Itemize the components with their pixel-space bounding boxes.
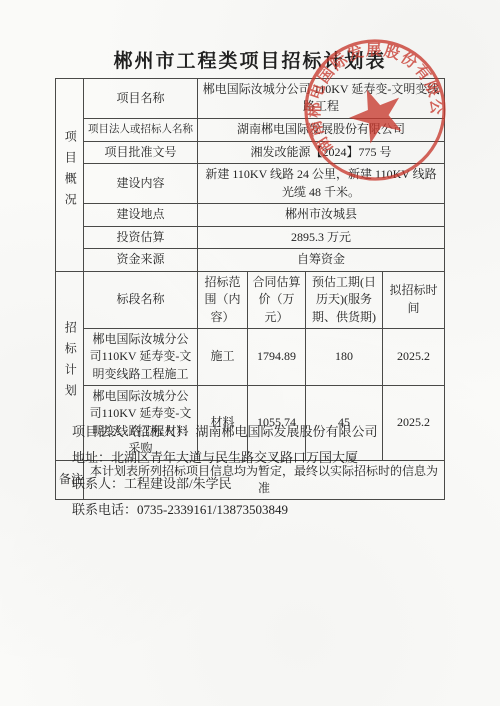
plan-header-scope: 招标范围（内容） [198,271,248,328]
plan-cell-segment-name: 郴电国际汝城分公司110KV 延寿变-文明变线路工程施工 [84,328,198,385]
plan-header-contract-price: 合同估算价（万元） [248,271,306,328]
row-label-investment-estimate: 投资估算 [84,226,198,248]
overview-row: 项目概况 项目名称 郴电国际汝城分公司 110KV 延寿变-文明变线路工程 [56,79,445,119]
row-value-construction-content: 新建 110KV 线路 24 公里，新建 110KV 线路光缆 48 千米。 [198,164,445,204]
section-label-overview: 项目概况 [56,79,84,272]
row-value-approval-number: 湘发改能源【2024】775 号 [198,141,445,163]
overview-row: 资金来源 自筹资金 [56,249,445,271]
plan-cell-scope: 施工 [198,328,248,385]
row-label-legal-entity: 项目法人或招标人名称 [84,118,198,141]
overview-row: 建设地点 郴州市汝城县 [56,203,445,226]
section-label-plan-text: 招标计划 [61,321,78,405]
document-title: 郴州市工程类项目招标计划表 [0,46,500,73]
footer-line-address: 地址：北湖区青年大道与民生路交叉路口万国大厦 [72,450,472,465]
plan-header-row: 招标计划 标段名称 招标范围（内容） 合同估算价（万元） 预估工期(日历天)(服… [56,271,445,328]
row-label-funding-source: 资金来源 [84,249,198,271]
footer-line-contact-phone: 联系电话：0735-2339161/13873503849 [72,502,472,517]
row-label-construction-content: 建设内容 [84,164,198,204]
overview-row: 项目批准文号 湘发改能源【2024】775 号 [56,141,445,163]
footer-contact-block: 项目法人（招标人）：湖南郴电国际发展股份有限公司 地址：北湖区青年大道与民生路交… [72,424,472,528]
row-value-investment-estimate: 2895.3 万元 [198,226,445,248]
plan-cell-bid-time: 2025.2 [383,328,445,385]
plan-data-row: 郴电国际汝城分公司110KV 延寿变-文明变线路工程施工 施工 1794.89 … [56,328,445,385]
plan-header-bid-time: 拟招标时间 [383,271,445,328]
row-value-legal-entity: 湖南郴电国际发展股份有限公司 [198,118,445,141]
plan-cell-duration: 180 [306,328,383,385]
row-value-project-name: 郴电国际汝城分公司 110KV 延寿变-文明变线路工程 [198,79,445,119]
footer-line-legal-entity: 项目法人（招标人）：湖南郴电国际发展股份有限公司 [72,424,472,439]
overview-row: 建设内容 新建 110KV 线路 24 公里，新建 110KV 线路光缆 48 … [56,164,445,204]
overview-row: 投资估算 2895.3 万元 [56,226,445,248]
row-label-approval-number: 项目批准文号 [84,141,198,163]
row-value-location: 郴州市汝城县 [198,203,445,226]
plan-header-segment-name: 标段名称 [84,271,198,328]
plan-cell-contract-price: 1794.89 [248,328,306,385]
footer-line-contact-person: 联系人：工程建设部/朱学民 [72,476,472,491]
row-label-project-name: 项目名称 [84,79,198,119]
plan-header-duration: 预估工期(日历天)(服务期、供货期) [306,271,383,328]
section-label-overview-text: 项目概况 [61,130,78,214]
scanned-document-page: 郴州市工程类项目招标计划表 项目概况 项目名称 郴电国际汝城分公司 110KV … [0,0,500,706]
row-value-funding-source: 自筹资金 [198,249,445,271]
row-label-location: 建设地点 [84,203,198,226]
overview-row: 项目法人或招标人名称 湖南郴电国际发展股份有限公司 [56,118,445,141]
